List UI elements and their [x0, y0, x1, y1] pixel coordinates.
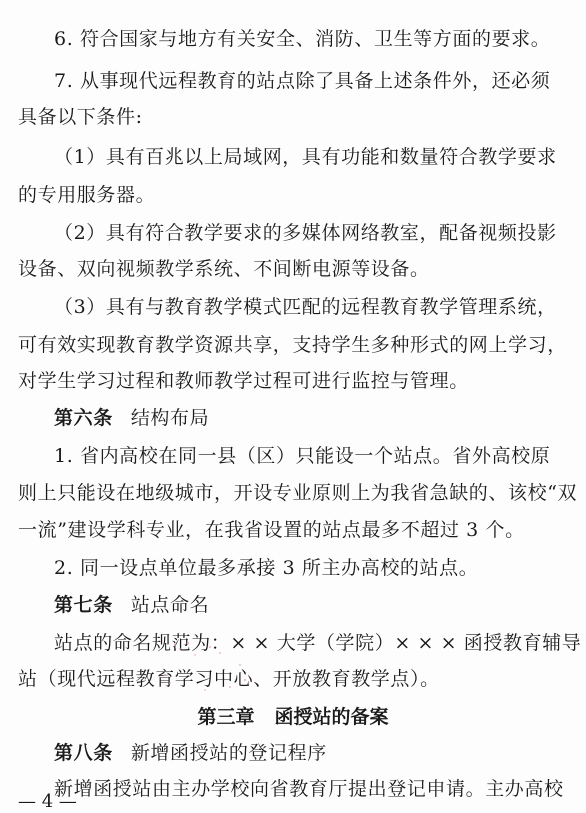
chapter-title: 函授站的备案 — [275, 706, 389, 728]
text-line: （3）具有与教育教学模式匹配的远程教育教学管理系统， — [54, 294, 586, 320]
article-title: 结构布局 — [131, 407, 209, 429]
text-line: 则上只能设在地级城市，开设专业原则上为我省急缺的、该校“双 — [18, 480, 563, 506]
text-line: （1）具有百兆以上局域网，具有功能和数量符合教学要求 — [54, 144, 586, 170]
text-line: 新增函授站由主办学校向省教育厅提出登记申请。主办高校 — [54, 776, 586, 802]
text-line: 一流”建设学科专业，在我省设置的站点最多不超过 3 个。 — [18, 517, 563, 543]
text-line: 设备、双向视频教学系统、不间断电源等设备。 — [18, 256, 563, 282]
article-label: 第六条 — [54, 407, 113, 429]
text-line: 的专用服务器。 — [18, 182, 563, 208]
article-title: 站点命名 — [131, 594, 209, 616]
text-line: 6. 符合国家与地方有关安全、消防、卫生等方面的要求。 — [54, 26, 586, 52]
article-heading-6: 第六条结构布局 — [54, 405, 586, 431]
text-line: 可有效实现教育教学资源共享，支持学生多种形式的网上学习， — [18, 332, 563, 358]
chapter-heading: 第三章函授站的备案 — [0, 704, 586, 730]
text-line: 2. 同一设点单位最多承接 3 所主办高校的站点。 — [54, 555, 586, 581]
text-line: 1. 省内高校在同一县（区）只能设一个站点。省外高校原 — [54, 443, 586, 469]
page-number: — 4 — — [18, 790, 77, 813]
article-label: 第八条 — [54, 742, 113, 764]
document-page: 6. 符合国家与地方有关安全、消防、卫生等方面的要求。 7. 从事现代远程教育的… — [0, 0, 586, 813]
text-line: 站（现代远程教育学习中心、开放教育教学点）。 — [18, 666, 563, 692]
text-line: （2）具有符合教学要求的多媒体网络教室，配备视频投影 — [54, 220, 586, 246]
article-title: 新增函授站的登记程序 — [131, 742, 327, 764]
article-heading-8: 第八条新增函授站的登记程序 — [54, 740, 586, 766]
chapter-label: 第三章 — [197, 706, 254, 728]
text-line: 具备以下条件: — [18, 104, 563, 130]
article-heading-7: 第七条站点命名 — [54, 592, 586, 618]
text-line: 7. 从事现代远程教育的站点除了具备上述条件外，还必须 — [54, 68, 586, 94]
text-line: 站点的命名规范为：× × 大学（学院）× × × 函授教育辅导 — [54, 630, 586, 656]
article-label: 第七条 — [54, 594, 113, 616]
text-line: 对学生学习过程和教师教学过程可进行监控与管理。 — [18, 368, 563, 394]
